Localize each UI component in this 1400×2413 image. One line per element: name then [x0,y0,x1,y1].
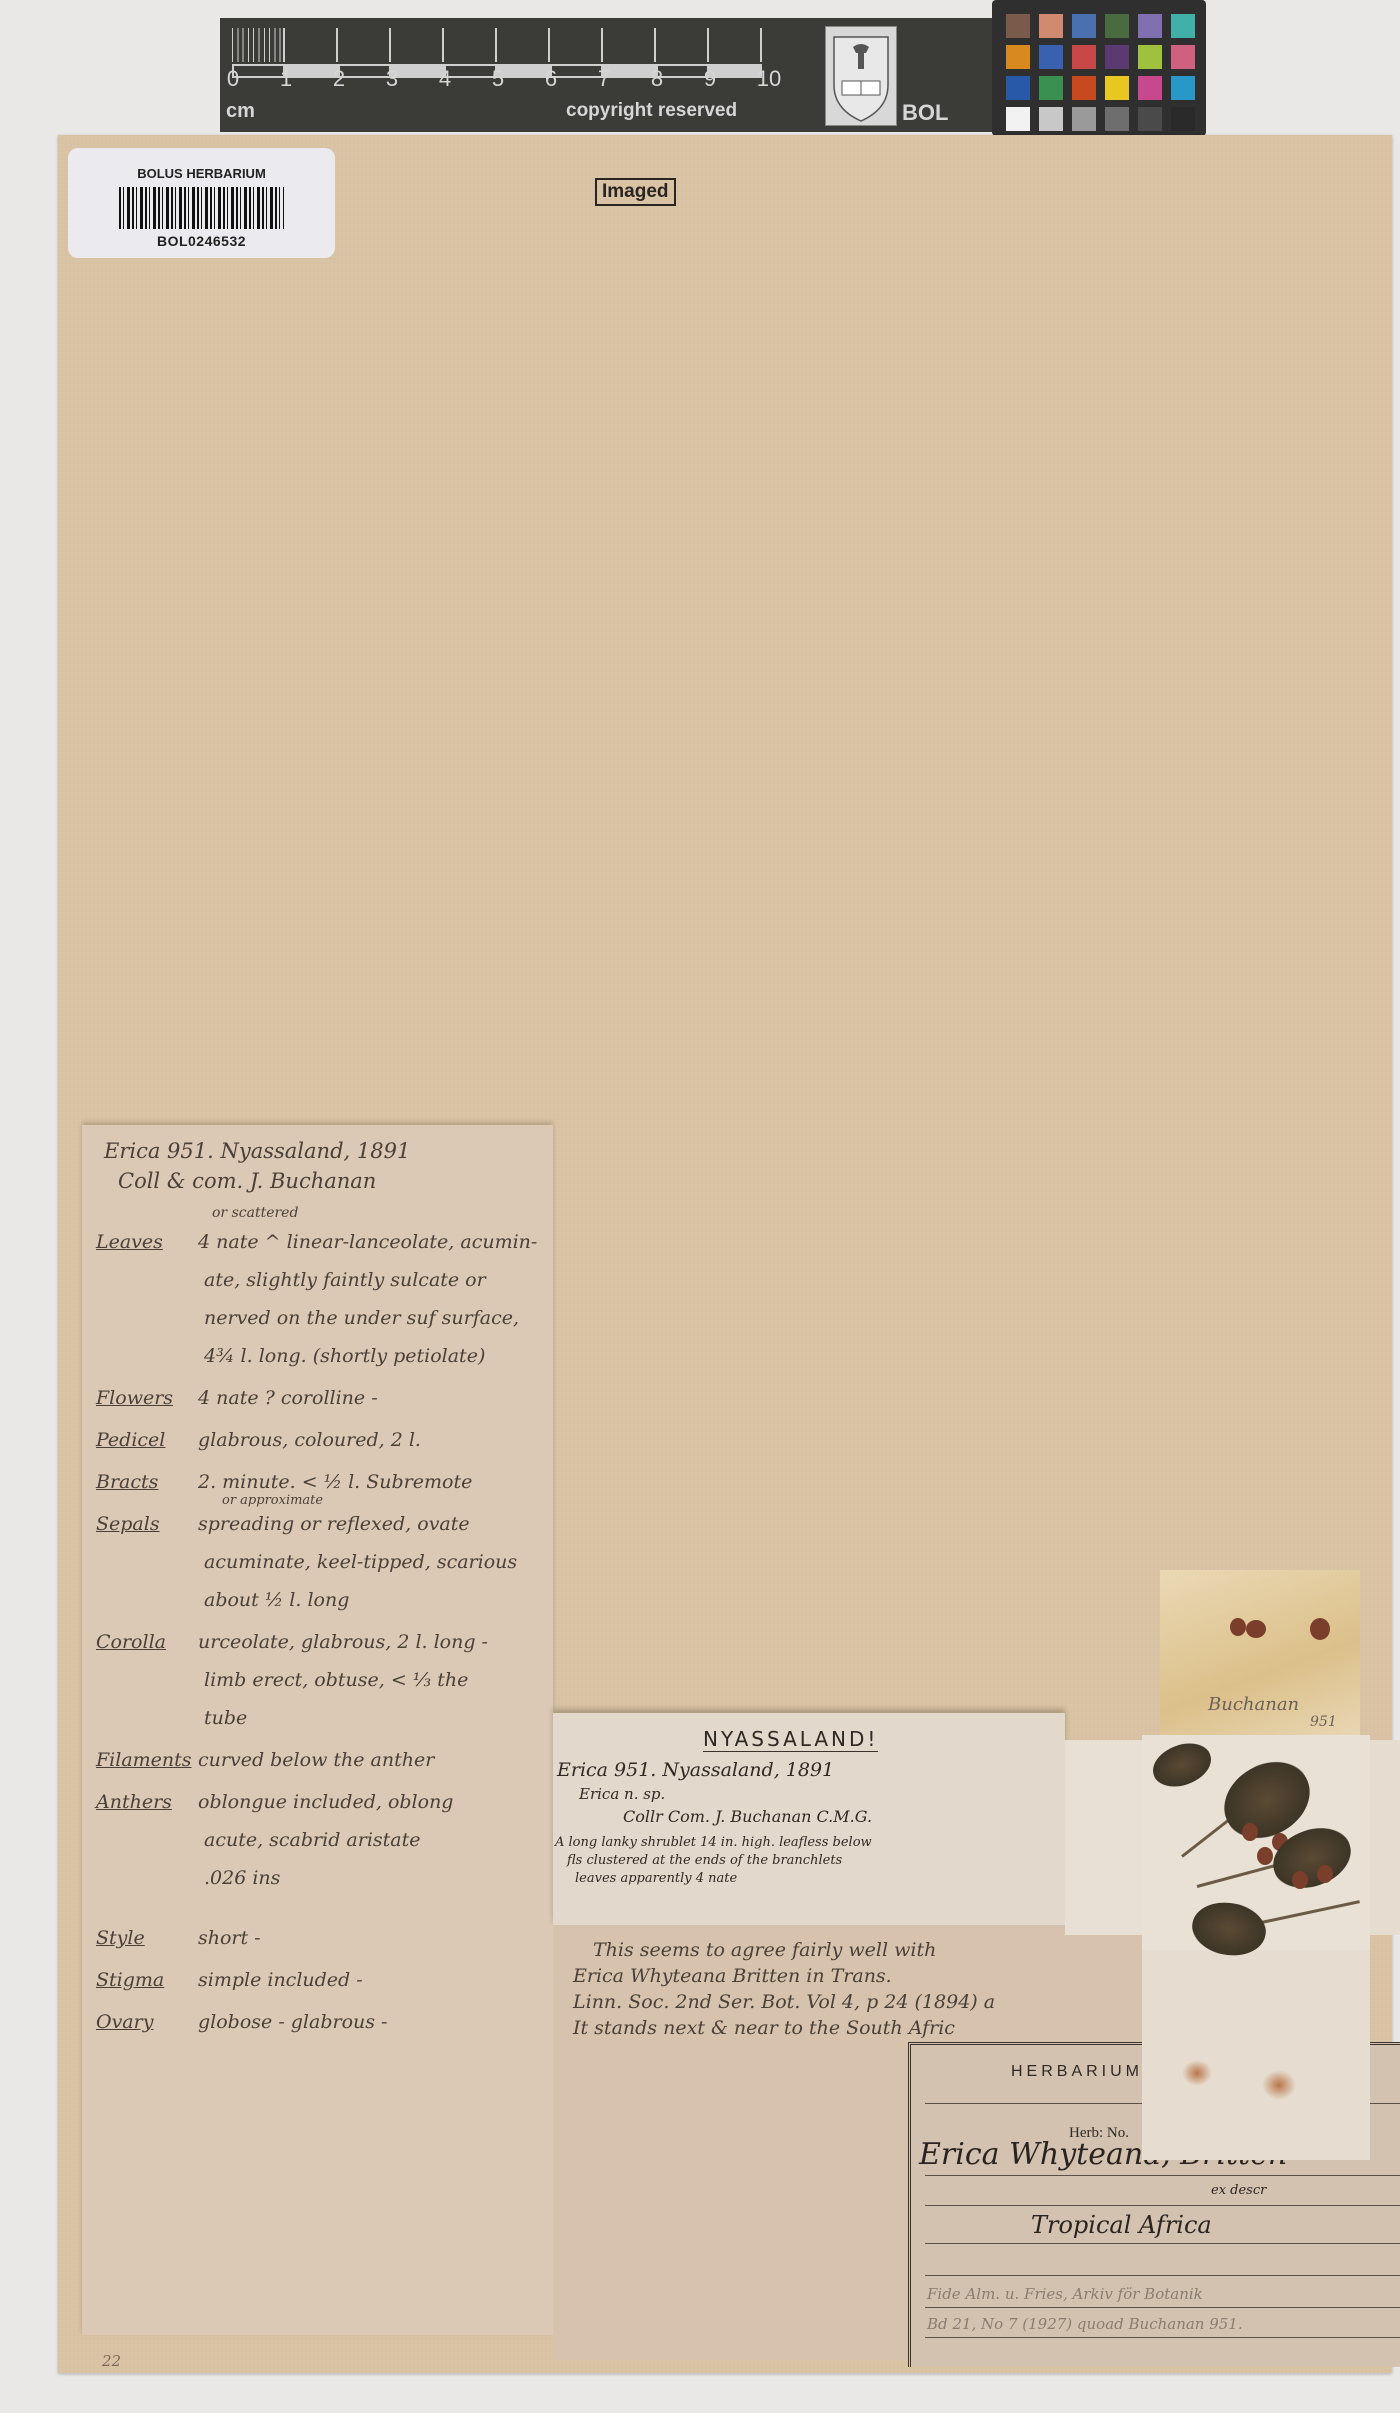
description-entry-text: oblongue included, oblong [198,1791,453,1813]
description-entry: Styleshort - [96,1927,261,1949]
color-calibration-card [992,0,1206,136]
description-entry: Flowers4 nate ? corolline - [96,1387,378,1409]
cm-tick-label: 3 [383,66,401,92]
description-entry-text: 2. minute. < ½ l. Subremote [198,1471,472,1493]
color-swatch [1039,76,1063,100]
cm-tick-label: 2 [330,66,348,92]
packet-center-panel [1142,1735,1370,1950]
description-entry-text: curved below the anther [198,1749,434,1771]
description-entry-key: Anthers [96,1791,198,1813]
specimen-flower [1242,1823,1258,1841]
cm-tick-label: 0 [224,66,242,92]
description-continuation: acuminate, keel-tipped, scarious [204,1551,517,1573]
cm-tick-label: 6 [542,66,560,92]
label-rule [925,2205,1400,2206]
cm-tick-label: 8 [648,66,666,92]
unit-label: cm [226,100,255,123]
color-swatch [1006,45,1030,69]
description-continuation: nerved on the under suf surface, [204,1307,519,1329]
barcode-icon [119,187,284,229]
cm-segment [603,28,656,62]
label-rule [925,2275,1400,2276]
description-continuation: tube [204,1707,247,1729]
locality-line-1: Erica 951. Nyassaland, 1891 [557,1759,834,1781]
label-rule [925,2337,1400,2338]
color-swatch [1105,76,1129,100]
packet-collector-number: 951 [1310,1714,1337,1730]
scale-bar: 012345678910 cm copyright reserved BOL [220,18,1000,132]
color-swatch [1138,76,1162,100]
university-crest-icon [825,26,897,126]
description-entry-text: spreading or reflexed, ovate [198,1513,470,1535]
region-name: Tropical Africa [1031,2211,1212,2239]
cm-tick-label: 5 [489,66,507,92]
cm-segment [444,28,497,62]
cm-segment [550,28,603,62]
description-continuation: ate, slightly faintly sulcate or [204,1269,486,1291]
reference-line-2: Erica Whyteana Britten in Trans. [573,1965,892,1987]
description-entry-text: simple included - [198,1969,363,1991]
description-entry: Bracts2. minute. < ½ l. Subremote [96,1471,472,1493]
description-continuation: .026 ins [204,1867,280,1889]
cm-tick-label: 1 [277,66,295,92]
cm-segment [391,28,444,62]
reference-line-4: It stands next & near to the South Afric [573,2017,955,2039]
catalog-number: BOL0246532 [68,233,335,249]
cm-segment [232,28,285,62]
description-entry-text: 4 nate ^ linear-lanceolate, acumin- [198,1231,537,1253]
color-swatch [1138,45,1162,69]
packet-lower-panel [1142,1950,1370,2160]
description-entry: Pedicelglabrous, coloured, 2 l. [96,1429,421,1451]
description-entry-key: Corolla [96,1631,198,1653]
sheet-pencil-mark: 22 [102,2352,121,2370]
color-swatch [1072,14,1096,38]
description-entry: Corollaurceolate, glabrous, 2 l. long - [96,1631,488,1653]
specimen-flower [1292,1871,1308,1889]
locality-label: NYASSALAND! Erica 951. Nyassaland, 1891 … [553,1713,1065,1925]
determination-annotation: ex descr [1211,2183,1266,2198]
description-entry-key: Flowers [96,1387,198,1409]
description-entry-key: Sepals [96,1513,198,1535]
description-continuation: acute, scabrid aristate [204,1829,421,1851]
description-entry: Leaves4 nate ^ linear-lanceolate, acumin… [96,1231,537,1253]
description-entry-key: Stigma [96,1969,198,1991]
color-swatch [1006,76,1030,100]
label-rule [925,2243,1400,2244]
color-swatch [1105,14,1129,38]
description-insert-note: or scattered [212,1205,298,1221]
color-swatch [1171,76,1195,100]
description-header-line1: Erica 951. Nyassaland, 1891 [104,1139,410,1163]
copyright-text: copyright reserved [566,100,737,122]
cm-segment [656,28,709,62]
packet-left-flap [1065,1740,1142,1935]
description-entry-key: Pedicel [96,1429,198,1451]
packet-collector-name: Buchanan [1208,1694,1299,1715]
specimen-flower [1317,1865,1333,1883]
color-swatch [1072,45,1096,69]
determination-line-1: Fide Alm. u. Fries, Arkiv för Botanik [927,2285,1203,2303]
locality-line-6: leaves apparently 4 nate [575,1871,737,1886]
locality-line-5: fls clustered at the ends of the branchl… [567,1853,842,1868]
institution-code: BOL [902,100,948,126]
description-entry-key: Leaves [96,1231,198,1253]
description-entry-key: Ovary [96,2011,198,2033]
specimen-flower [1257,1847,1273,1865]
description-entry: Sepalsspreading or reflexed, ovate [96,1513,470,1535]
specimen-branch [1147,1736,1217,1794]
stain-mark [1262,2070,1296,2100]
label-rule [925,2175,1400,2176]
description-entry-key: Bracts [96,1471,198,1493]
color-swatch [1105,45,1129,69]
reference-line-1: This seems to agree fairly well with [593,1939,936,1961]
cm-segment [497,28,550,62]
loose-flower [1246,1620,1266,1638]
description-entry: Ovaryglobose - glabrous - [96,2011,387,2033]
cm-tick-label: 4 [436,66,454,92]
determination-line-2: Bd 21, No 7 (1927) quoad Buchanan 951. [927,2315,1243,2333]
color-swatch [1039,107,1063,131]
cm-segment [285,28,338,62]
color-swatch [1072,76,1096,100]
color-swatch [1138,14,1162,38]
locality-heading: NYASSALAND! [703,1727,878,1752]
packet-right-flap [1370,1740,1400,1935]
locality-line-4: A long lanky shrublet 14 in. high. leafl… [555,1835,872,1850]
color-swatch [1138,107,1162,131]
color-swatch [1006,107,1030,131]
description-entry-text: short - [198,1927,261,1949]
barcode-label: BOLUS HERBARIUM BOL0246532 [68,148,335,258]
locality-line-3: Collr Com. J. Buchanan C.M.G. [623,1807,872,1826]
cm-tick-label: 9 [701,66,719,92]
description-entry-text: glabrous, coloured, 2 l. [198,1429,421,1451]
color-swatch [1039,14,1063,38]
color-swatch [1039,45,1063,69]
locality-line-2: Erica n. sp. [579,1785,665,1803]
description-entry-text: 4 nate ? corolline - [198,1387,378,1409]
cm-tick-label: 7 [595,66,613,92]
description-entry: Stigmasimple included - [96,1969,363,1991]
color-swatch [1171,14,1195,38]
description-continuation: 4¾ l. long. (shortly petiolate) [204,1345,485,1367]
description-continuation: about ½ l. long [204,1589,349,1611]
barcode-title: BOLUS HERBARIUM [68,166,335,181]
imaged-stamp: Imaged [595,178,676,206]
description-entry-key: Style [96,1927,198,1949]
color-swatch [1171,107,1195,131]
description-continuation: limb erect, obtuse, < ⅓ the [204,1669,468,1691]
packet-top-flap: Buchanan 951 [1160,1570,1360,1735]
loose-flower [1310,1618,1330,1640]
description-entry-text: urceolate, glabrous, 2 l. long - [198,1631,488,1653]
color-swatch [1006,14,1030,38]
stain-mark [1182,2060,1212,2086]
cm-segment [338,28,391,62]
herbarium-label-title: HERBARIUM [1011,2063,1143,2081]
description-entry: Filamentscurved below the anther [96,1749,434,1771]
specimen-stem [1252,1900,1360,1926]
description-insert: or approximate [222,1493,323,1508]
description-header-line2: Coll & com. J. Buchanan [118,1169,376,1193]
cm-tick-label: 10 [754,66,784,92]
description-label: Erica 951. Nyassaland, 1891 Coll & com. … [82,1125,553,2335]
color-swatch [1105,107,1129,131]
label-rule [925,2307,1400,2308]
description-entry-text: globose - glabrous - [198,2011,387,2033]
color-swatch [1072,107,1096,131]
loose-flower [1230,1618,1246,1636]
reference-line-3: Linn. Soc. 2nd Ser. Bot. Vol 4, p 24 (18… [573,1991,995,2013]
cm-segment [709,28,762,62]
description-entry-key: Filaments [96,1749,198,1771]
color-swatch [1171,45,1195,69]
description-entry: Anthersoblongue included, oblong [96,1791,453,1813]
